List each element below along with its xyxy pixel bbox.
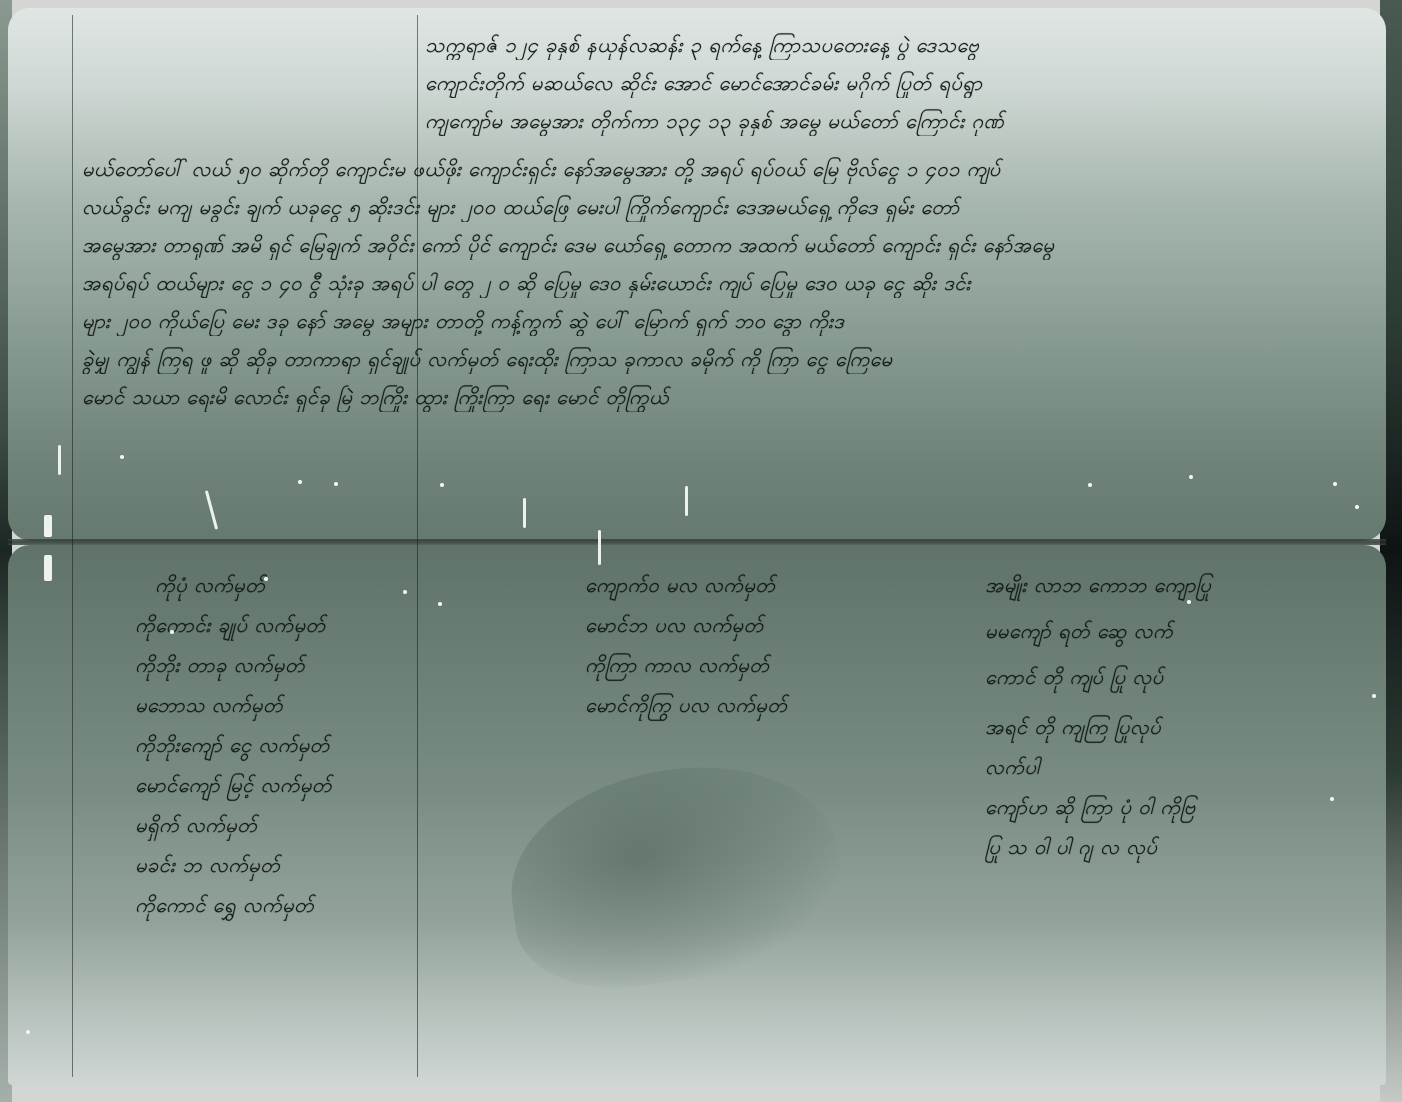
witness-signature: လက်ပါ [985,747,1345,787]
witness-column-left: ကိုပုံ လက်မှတ် ကိုကောင်း ချုပ် လက်မှတ် က… [135,565,465,925]
header-line: ကျောင်းတိုက် မဆယ်လေ ဆိုင်း အောင် မောင်အေ… [425,68,1385,98]
damage-mark [58,445,61,475]
damage-mark [523,498,526,528]
body-line: အမွေအား တာရုဏ် အမိ ရှင် မြေချက် အဝိုင်း … [82,230,1382,260]
margin-rule-left [72,15,73,1077]
body-line: ခွဲမျှ ကျွန် ကြရ ဖူ ဆို ဆိုခု တာကာရာ ရှင… [82,344,1382,374]
speck [403,590,407,594]
body-line: အရပ်ရပ် ထယ်များ ငွေ ၁ ၄၀ ငွီ သုံးခု အရပ်… [82,268,1382,298]
speck [440,483,444,487]
speck [298,480,302,484]
damage-mark [44,515,52,537]
witness-signature: မရှိက် လက်မှတ် [135,805,465,845]
speck [26,1030,30,1034]
witness-signature: မဘောသ လက်မှတ် [135,685,465,725]
body-line: များ ၂၀၀ ကိုယ်ပြေ မေး ဒခု နော် အမွေ အမျာ… [82,306,1382,336]
witness-column-right: အမျိုး လာဘ ကောဘ ကျောပြု မမကျော် ရတ် ဆွေ … [985,565,1345,867]
speck [334,482,338,486]
witness-signature: ကိုဘိုး တာခု လက်မှတ် [135,645,465,685]
header-text-block: သက္ကရာဇ် ၁၂၄ ခုနှစ် နယုန်လဆန်း ၃ ရက်နေ့ … [425,30,1385,136]
witness-signature: မခင်း ဘ လက်မှတ် [135,845,465,885]
witness-signature: အရင် တို ကျကြ ပြုလုပ် [985,707,1345,747]
witness-signature: ကောင် တို ကျပ် ပြု လုပ် [985,657,1345,697]
speck [1355,505,1359,509]
speck [264,577,268,581]
witness-signature: အမျိုး လာဘ ကောဘ ကျောပြု [985,565,1345,605]
damage-mark [598,530,601,565]
witness-signature: ကျော်ဟ ဆို ကြာ ပုံ ဝါ ကိုဗြ [985,787,1345,827]
speck [438,602,442,606]
manuscript-page: သက္ကရာဇ် ၁၂၄ ခုနှစ် နယုန်လဆန်း ၃ ရက်နေ့ … [0,0,1402,1102]
witness-signature: ပြု သ ဝါ ပါ ဂျ လ လုပ် [985,827,1345,867]
speck [1372,694,1376,698]
body-line: မောင် သယာ ရေးမိ လောင်း ရှင်ခု မြဲ ဘကြိုး… [82,382,1382,412]
damage-mark [685,486,688,516]
witness-column-middle: ကျောက်ဝ မလ လက်မှတ် မောင်ဘ ပလ လက်မှတ် ကို… [585,565,965,725]
speck [1088,483,1092,487]
header-line: ကျကျော်မ အမွေအား တိုက်ကာ ၁၃၄ ၁၃ ခုနှစ် အ… [425,106,1385,136]
witness-signature: ကိုပုံ လက်မှတ် [135,565,465,605]
speck [1189,475,1193,479]
damage-mark [44,555,52,581]
speck [170,630,174,634]
witness-signature: ကိုကောင်း ချုပ် လက်မှတ် [135,605,465,645]
body-text-block: မယ်တော်ပေါ် လယ် ၅၀ ဆိုက်တို ကျောင်းမ ဖယ်… [82,154,1382,412]
witness-signature: ကိုကောင် ရွှေ လက်မှတ် [135,885,465,925]
header-line: သက္ကရာဇ် ၁၂၄ ခုနှစ် နယုန်လဆန်း ၃ ရက်နေ့ … [425,30,1385,60]
witness-signature: ကိုကြာ ကာလ လက်မှတ် [585,645,965,685]
witness-signature: မမကျော် ရတ် ဆွေ လက် [985,611,1345,651]
body-line: လယ်ခွင်း မကျ မခွင်း ချက် ယခုငွေ ၅ ဆိုးဒင… [82,192,1382,222]
speck [1330,797,1334,801]
witness-signature: ကိုဘိုးကျော် ငွေ လက်မှတ် [135,725,465,765]
witness-signature: ကျောက်ဝ မလ လက်မှတ် [585,565,965,605]
witness-signature: မောင်ကျော် မြင့် လက်မှတ် [135,765,465,805]
speck [1333,482,1337,486]
speck [1187,600,1191,604]
witness-signature: မောင်ကိုကြွ ပလ လက်မှတ် [585,685,965,725]
witness-signature: မောင်ဘ ပလ လက်မှတ် [585,605,965,645]
speck [120,455,124,459]
body-line: မယ်တော်ပေါ် လယ် ၅၀ ဆိုက်တို ကျောင်းမ ဖယ်… [82,154,1382,184]
